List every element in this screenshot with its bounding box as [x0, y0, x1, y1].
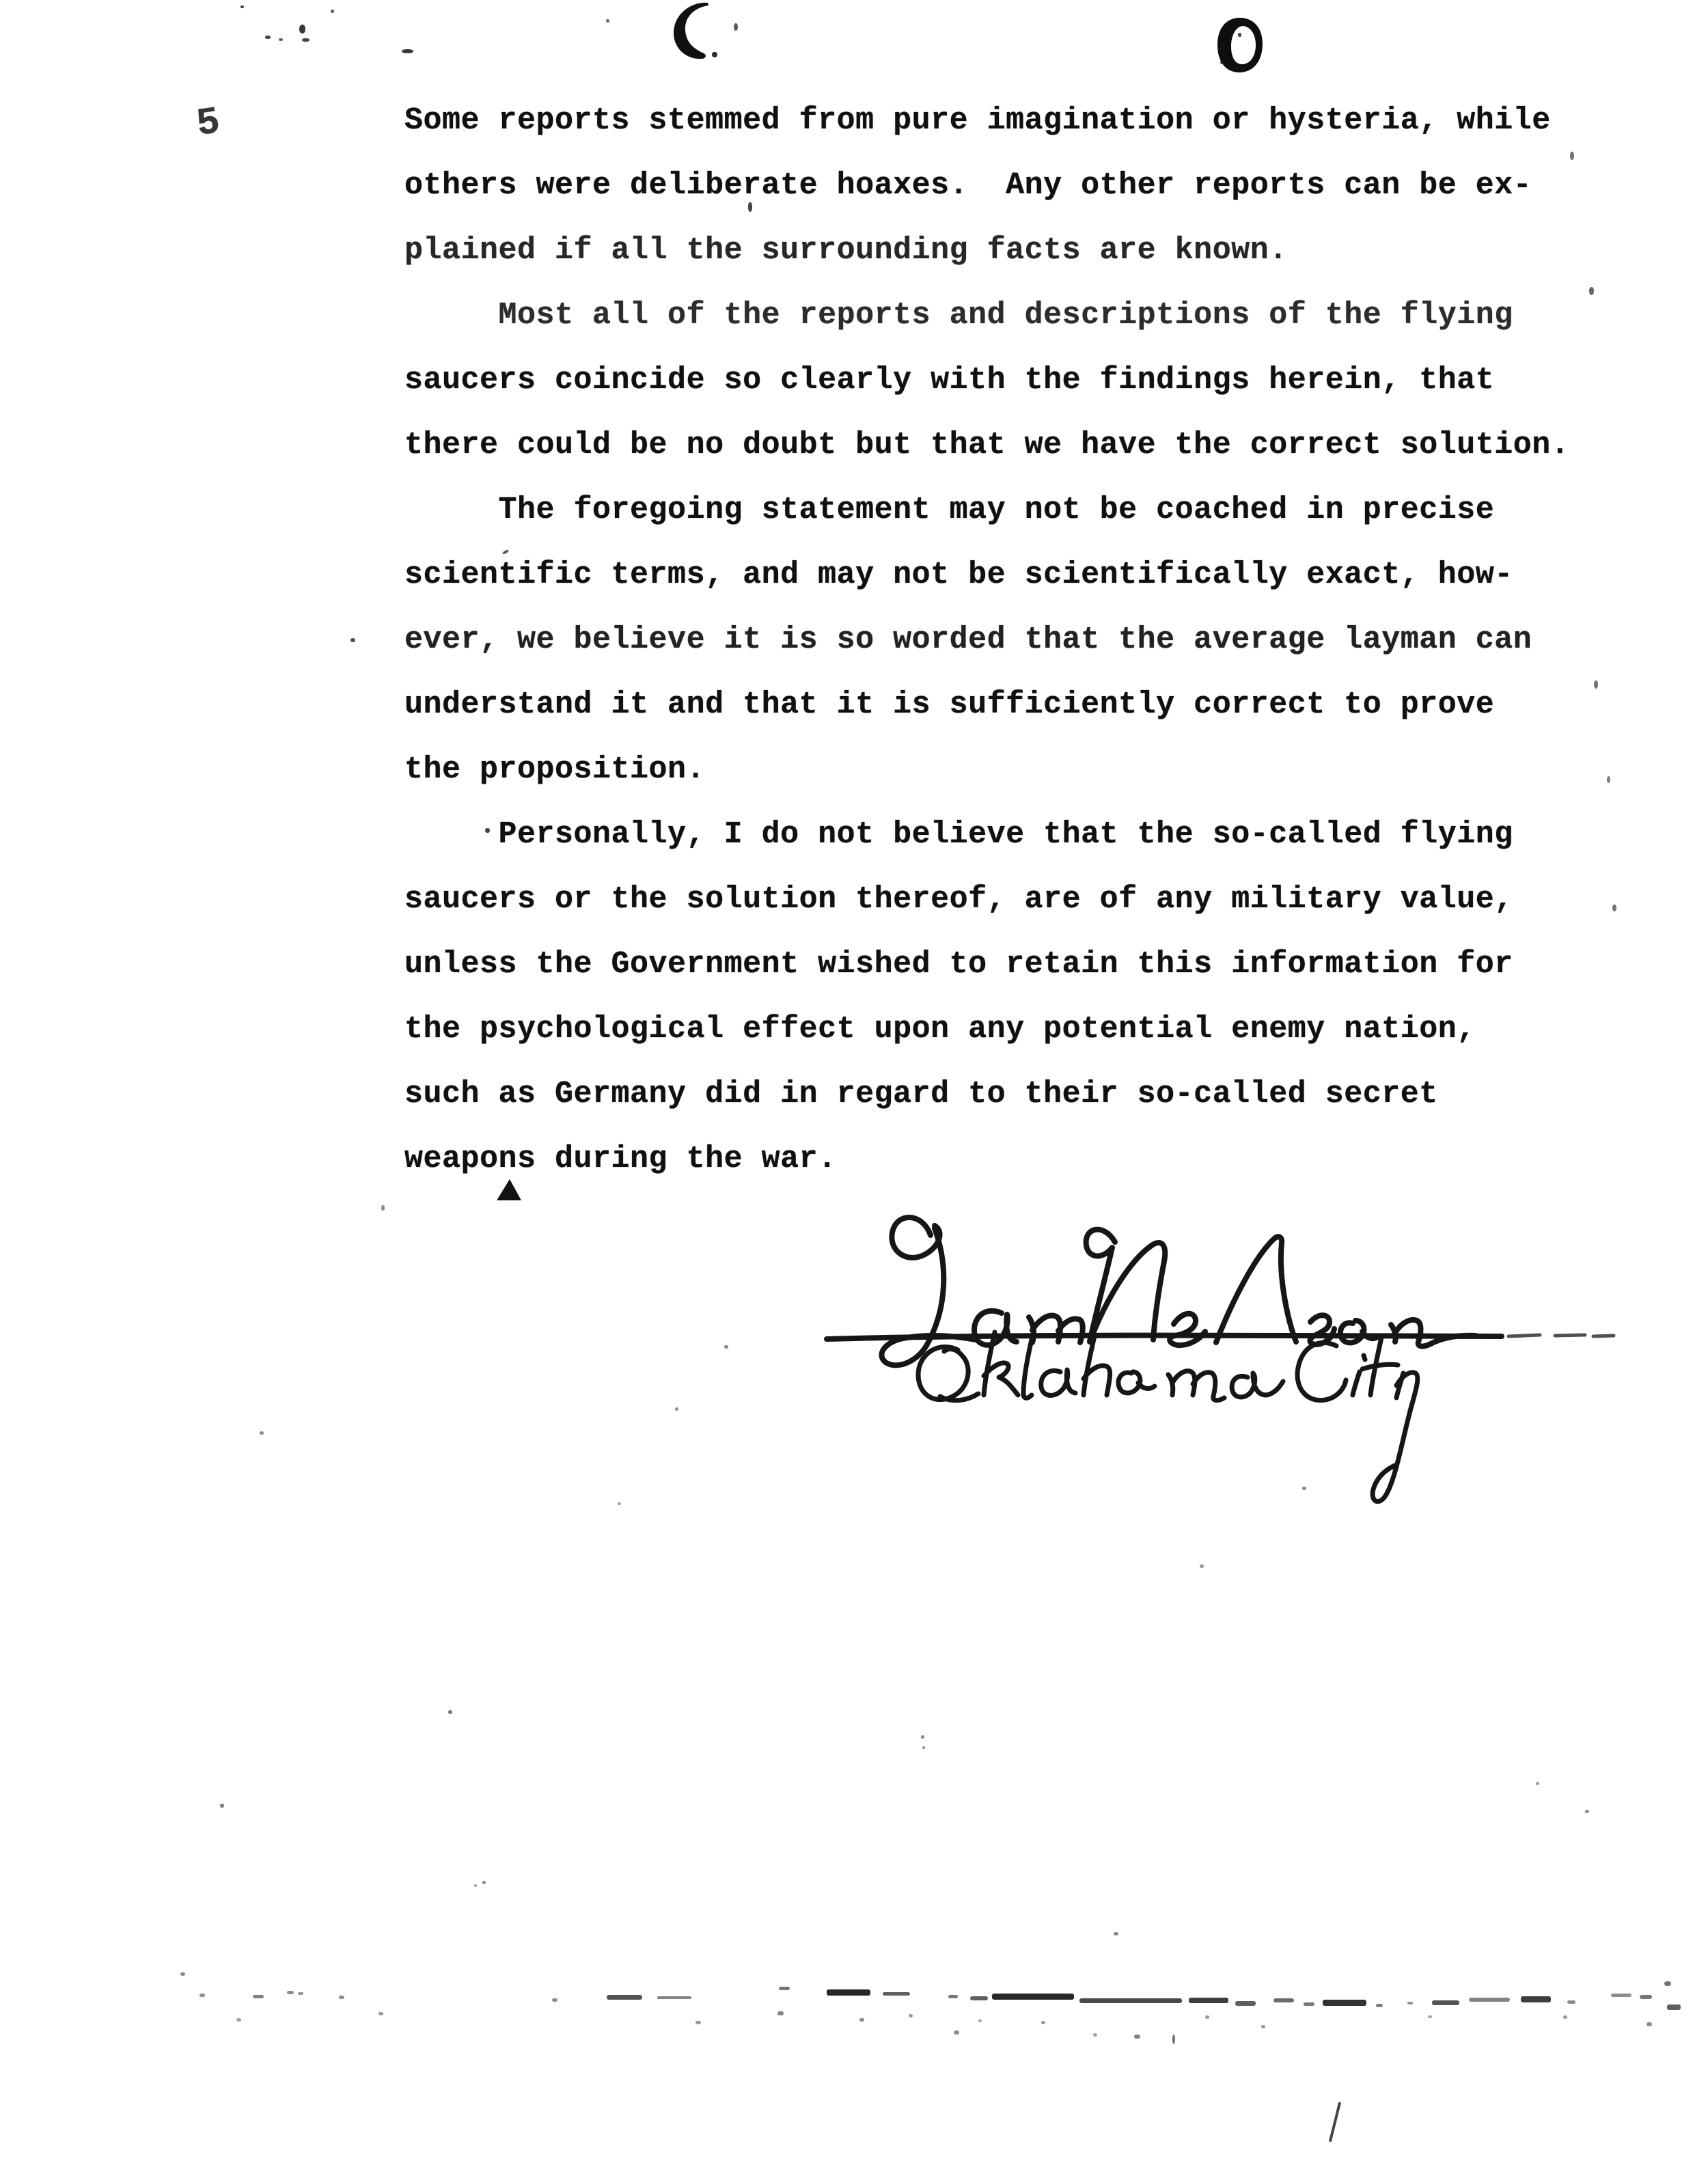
text-line: The foregoing statement may not be coach… [404, 478, 1569, 542]
text-line: scientific terms, and may not be scienti… [404, 542, 1569, 607]
ink-speck [180, 1972, 185, 1976]
ink-speck [299, 25, 305, 33]
ink-speck [1589, 287, 1594, 295]
text-line: weapons during the war. [404, 1127, 1569, 1191]
signature-strokes [786, 1197, 1640, 1511]
text-line: there could be no doubt but that we have… [404, 413, 1569, 478]
ink-speck [1172, 2035, 1175, 2044]
text-line: Personally, I do not believe that the so… [404, 802, 1569, 867]
signature-location-strokes [918, 1332, 1418, 1502]
typewritten-text: Some reports stemmed from pure imaginati… [404, 88, 1569, 1191]
ink-speck [1238, 33, 1241, 37]
text-line: saucers or the solution thereof, are of … [404, 867, 1569, 932]
text-line: plained if all the surrounding facts are… [404, 218, 1569, 283]
text-line: Most all of the reports and descriptions… [404, 283, 1569, 348]
ink-speck [279, 38, 283, 41]
ink-speck [482, 1881, 486, 1884]
ink-speck [724, 1345, 728, 1349]
ink-speck [1220, 60, 1226, 64]
text-line: ever, we believe it is so worded that th… [404, 607, 1569, 672]
ink-speck [474, 1884, 477, 1887]
text-line: saucers coincide so clearly with the fin… [404, 348, 1569, 413]
ink-speck [606, 19, 609, 23]
ink-stain-ring [1215, 16, 1265, 74]
triangle-mark [497, 1179, 521, 1200]
ink-speck [618, 1502, 621, 1505]
ink-speck [921, 1735, 924, 1739]
text-line: unless the Government wished to retain t… [404, 932, 1569, 997]
ink-speck [240, 5, 244, 8]
text-line: others were deliberate hoaxes. Any other… [404, 153, 1569, 218]
page-number: 5 [194, 100, 223, 146]
ink-speck [350, 638, 355, 642]
signature: Dan Nelson Oklahoma City [786, 1197, 1640, 1511]
ink-speck [1114, 1932, 1118, 1935]
ink-speck [1536, 1782, 1539, 1785]
text-line: such as Germany did in regard to their s… [404, 1062, 1569, 1127]
slash-mark [1329, 2101, 1341, 2142]
text-line: Some reports stemmed from pure imaginati… [404, 88, 1569, 153]
ink-speck [1585, 1810, 1589, 1813]
signature-name-strokes [881, 1217, 1476, 1365]
ink-speck [448, 1710, 452, 1714]
ink-speck [1664, 1981, 1671, 1986]
text-line: the psychological effect upon any potent… [404, 997, 1569, 1062]
ink-speck [331, 10, 334, 13]
ink-speck [1612, 905, 1616, 911]
ink-speck [265, 36, 271, 39]
text-line: understand it and that it is sufficientl… [404, 672, 1569, 737]
ink-speck [402, 49, 413, 53]
ink-speck [220, 1804, 224, 1808]
ink-speck [712, 52, 717, 57]
ink-speck [1200, 1564, 1204, 1568]
ink-speck [675, 1407, 678, 1411]
ink-speck [1570, 152, 1574, 160]
ink-speck [734, 23, 738, 31]
ink-speck [1607, 776, 1610, 783]
scanned-document-page: 5 Some reports stemmed from pure imagin [0, 0, 1708, 2178]
ink-speck [260, 1431, 264, 1435]
ink-speck [1594, 680, 1598, 689]
ink-speck [302, 38, 309, 42]
ink-speck [922, 1746, 925, 1749]
text-line: the proposition. [404, 737, 1569, 802]
ink-speck [381, 1205, 385, 1211]
